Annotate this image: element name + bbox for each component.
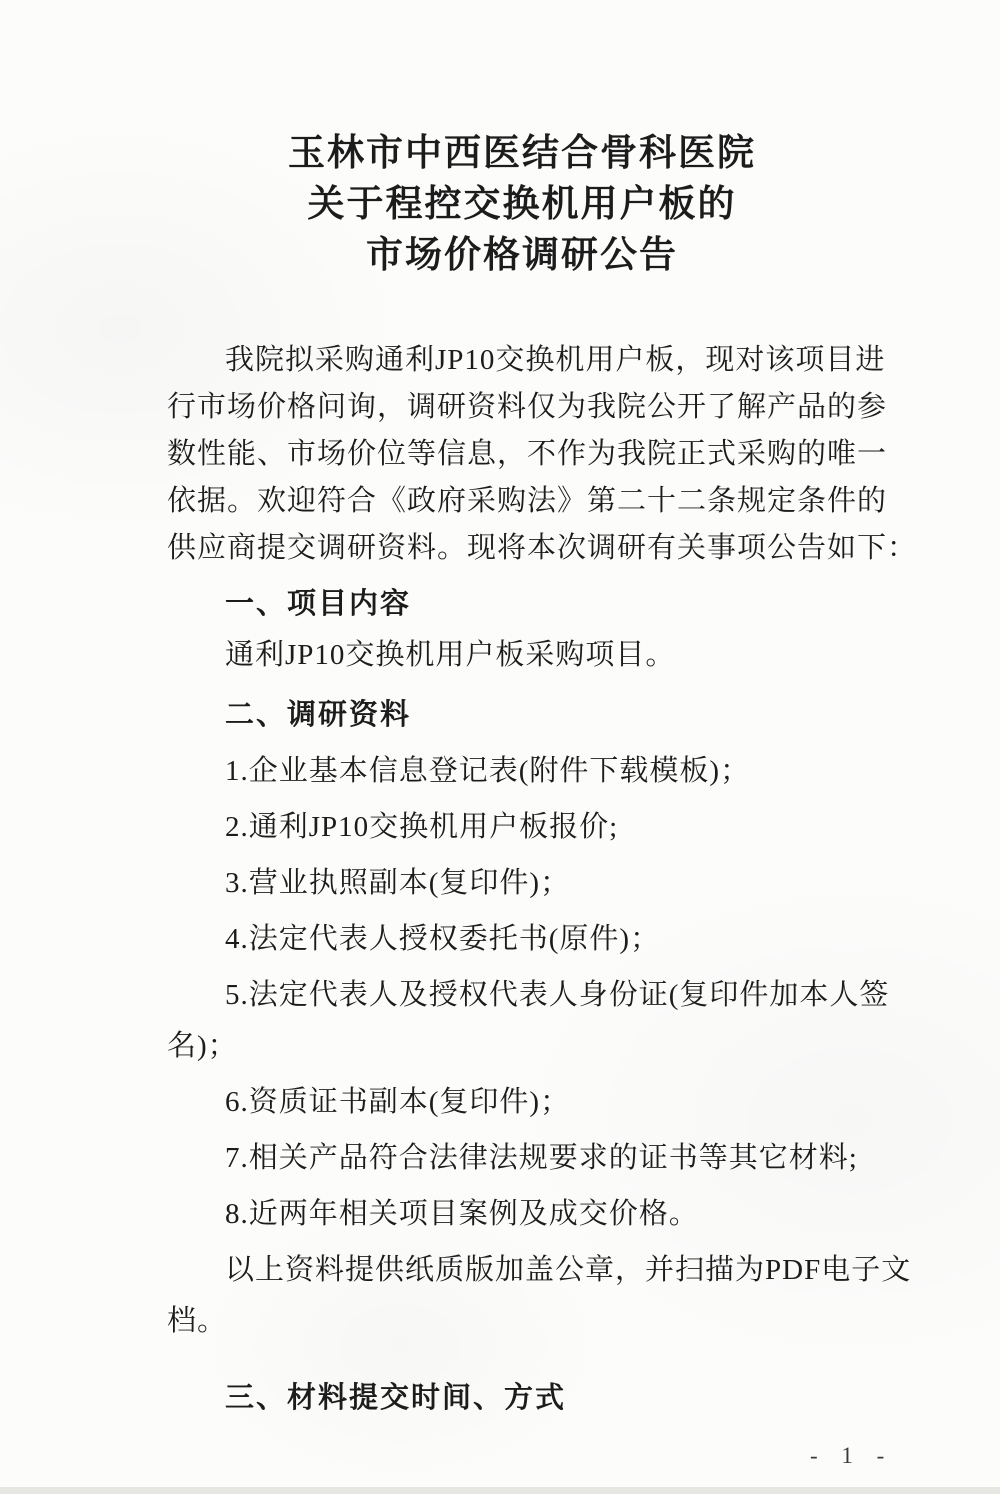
list-item-continuation: 名)； [167, 1023, 877, 1070]
text-line: 我院拟采购通利JP10交换机用户板，现对该项目进 [167, 337, 877, 384]
text-line: 依据。欢迎符合《政府采购法》第二十二条规定条件的 [167, 478, 877, 525]
section-3-heading: 三、材料提交时间、方式 [167, 1375, 877, 1422]
title-line-1: 玉林市中西医结合骨科医院 [167, 128, 877, 179]
page-number: - 1 - [810, 1443, 893, 1469]
title-line-3: 市场价格调研公告 [167, 230, 877, 281]
list-item: 8.近两年相关项目案例及成交价格。 [167, 1191, 877, 1238]
title-line-2: 关于程控交换机用户板的 [167, 179, 877, 230]
list-item: 3.营业执照副本(复印件)； [167, 860, 877, 907]
scanned-document-page: 玉林市中西医结合骨科医院 关于程控交换机用户板的 市场价格调研公告 我院拟采购通… [0, 0, 1000, 1494]
text-line: 供应商提交调研资料。现将本次调研有关事项公告如下： [167, 525, 877, 572]
intro-paragraph: 我院拟采购通利JP10交换机用户板，现对该项目进 行市场价格问询，调研资料仅为我… [167, 337, 877, 572]
section-1-body: 通利JP10交换机用户板采购项目。 [167, 632, 877, 679]
list-item: 6.资质证书副本(复印件)； [167, 1079, 877, 1126]
document-content: 玉林市中西医结合骨科医院 关于程控交换机用户板的 市场价格调研公告 我院拟采购通… [167, 128, 877, 1422]
list-item: 4.法定代表人授权委托书(原件)； [167, 916, 877, 963]
list-item: 2.通利JP10交换机用户板报价; [167, 804, 877, 851]
text-line: 行市场价格问询，调研资料仅为我院公开了解产品的参 [167, 384, 877, 431]
section-2-items: 1.企业基本信息登记表(附件下载模板)； 2.通利JP10交换机用户板报价; 3… [167, 748, 877, 1238]
text-line: 档。 [167, 1298, 877, 1345]
list-item: 5.法定代表人及授权代表人身份证(复印件加本人签 [167, 972, 877, 1019]
section-1-heading: 一、项目内容 [167, 581, 877, 628]
section-2-note: 以上资料提供纸质版加盖公章，并扫描为PDF电子文 档。 [167, 1247, 877, 1345]
text-line: 数性能、市场价位等信息，不作为我院正式采购的唯一 [167, 431, 877, 478]
list-item: 1.企业基本信息登记表(附件下载模板)； [167, 748, 877, 795]
text-line: 以上资料提供纸质版加盖公章，并扫描为PDF电子文 [167, 1247, 877, 1294]
document-title: 玉林市中西医结合骨科医院 关于程控交换机用户板的 市场价格调研公告 [167, 128, 877, 281]
list-item: 7.相关产品符合法律法规要求的证书等其它材料; [167, 1135, 877, 1182]
section-2-heading: 二、调研资料 [167, 692, 877, 739]
